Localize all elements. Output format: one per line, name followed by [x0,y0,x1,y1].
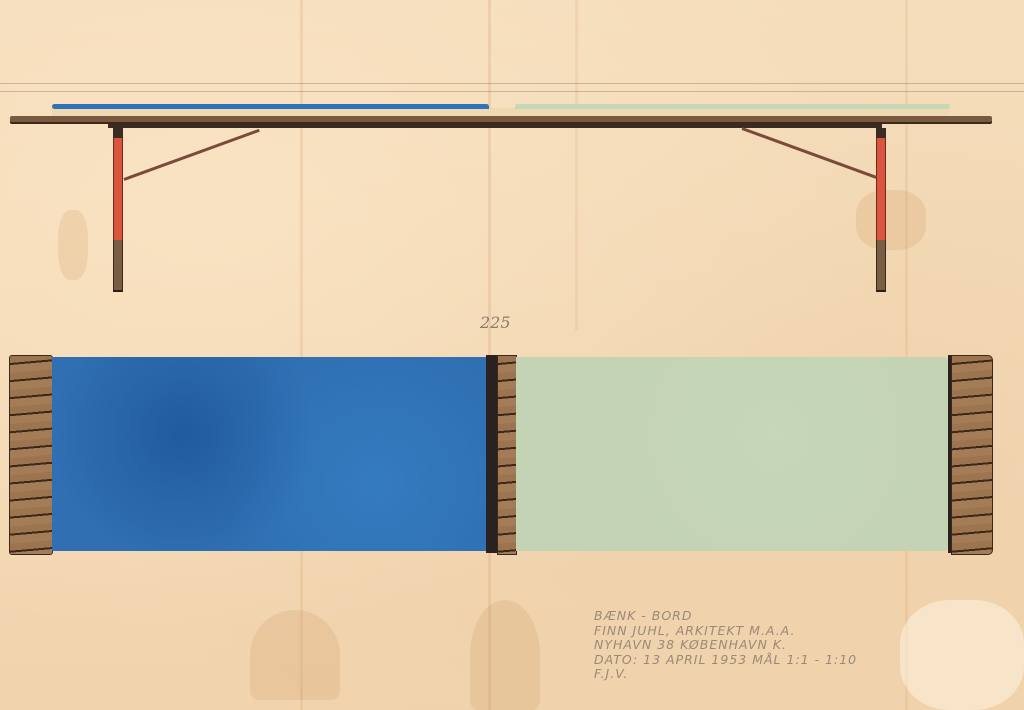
water-stain [856,190,926,250]
construction-line [0,83,1024,84]
architect-line: FINN JUHL, ARKITEKT M.A.A. [594,624,857,639]
date-scale-line: DATO: 13 APRIL 1953 MÅL 1:1 - 1:10 [594,653,857,668]
water-stain [575,0,578,330]
dimension-label: 225 [480,313,511,332]
water-stain [250,610,340,700]
address-line: NYHAVN 38 KØBENHAVN K. [594,638,857,653]
green-cushion-profile [515,104,950,109]
divider-shadow [486,355,497,553]
right-wood-end [951,355,993,555]
water-stain [58,210,88,280]
construction-line [0,91,1024,92]
blue-cushion-profile [52,104,489,109]
blue-cushion-panel [52,357,486,551]
plan-view [9,355,993,553]
left-brace [123,129,259,181]
left-wood-end [9,355,53,555]
center-wood-divider [497,355,517,555]
right-brace [741,127,876,179]
title-block: BÆNK - BORD FINN JUHL, ARKITEKT M.A.A. N… [594,609,857,682]
left-leg [113,128,123,290]
water-stain [900,600,1024,710]
underframe-rail [108,124,882,128]
water-stain [470,600,540,710]
drawing-sheet: 225 BÆNK - BORD FINN JUHL, ARKITEKT M.A.… [0,0,1024,710]
tabletop-profile [10,116,992,124]
initials-line: F.J.V. [594,667,857,682]
green-cushion-panel [516,357,948,551]
title-line: BÆNK - BORD [594,609,857,624]
right-leg [876,128,886,290]
